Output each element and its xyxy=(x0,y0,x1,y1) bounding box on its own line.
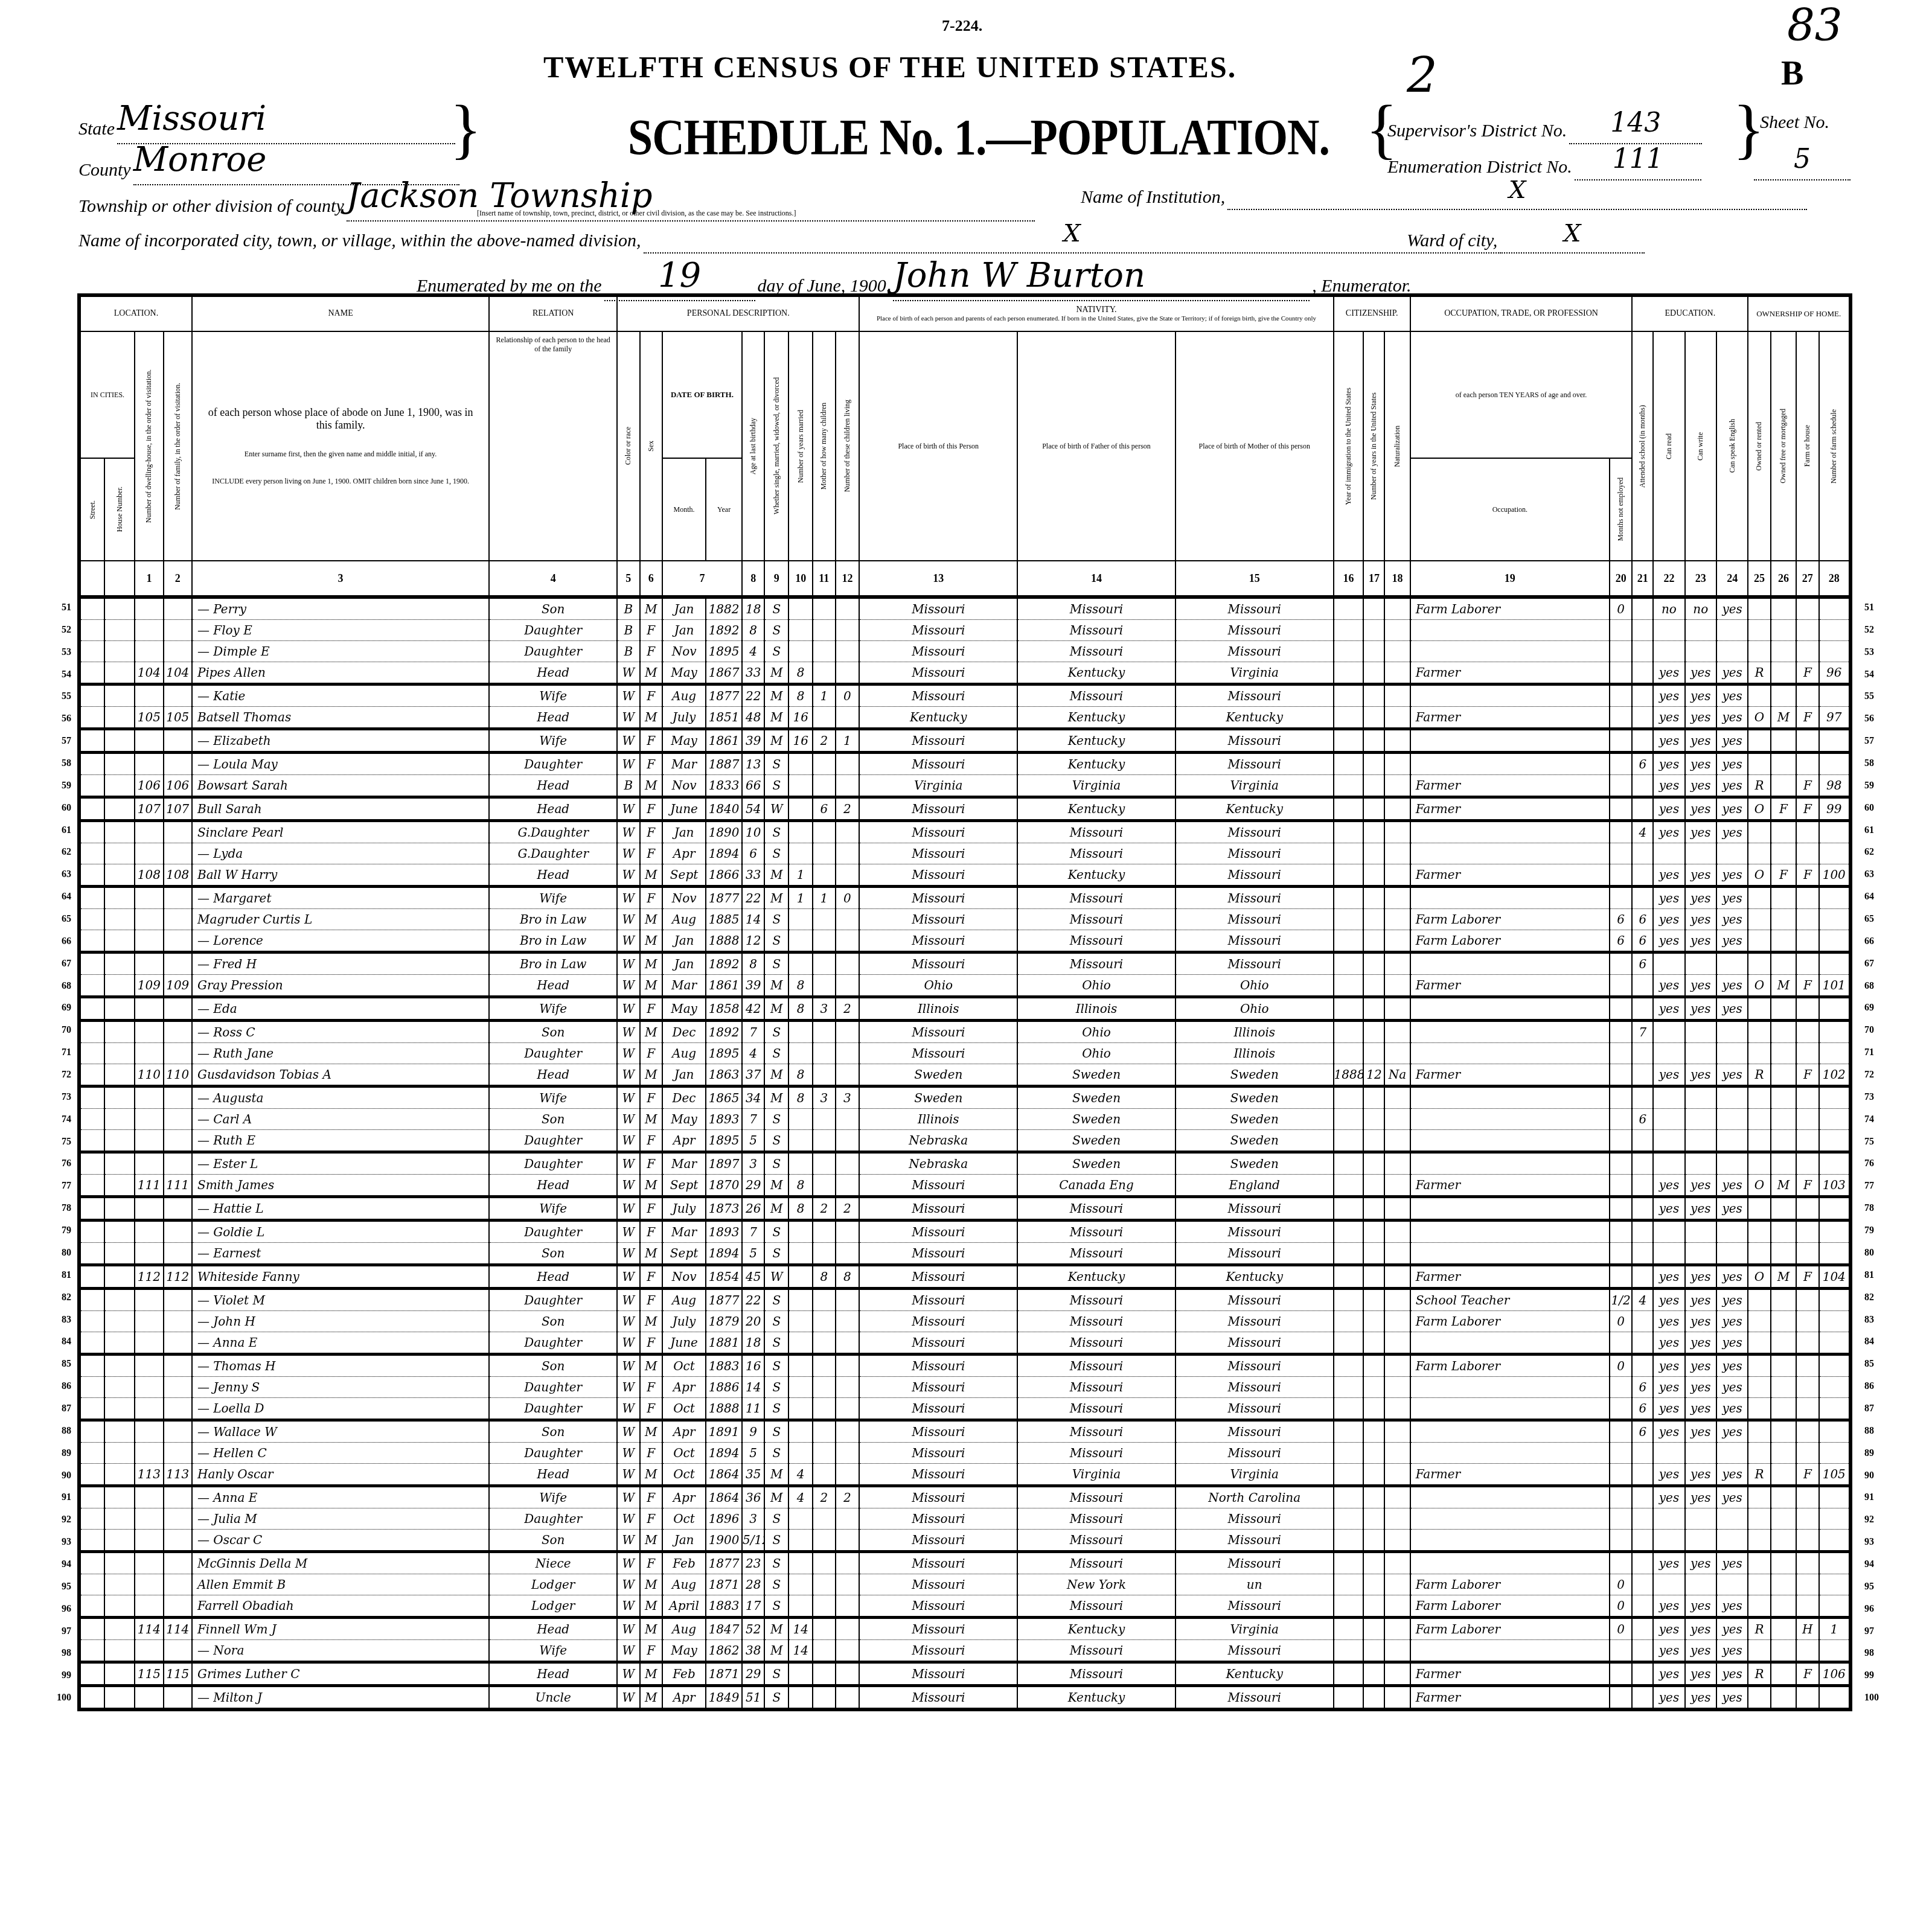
father-birthplace-cell: Illinois xyxy=(1017,997,1176,1021)
family-number-cell xyxy=(164,843,192,864)
line-number-left: 73 xyxy=(47,1087,71,1109)
birth-year-cell: 1895 xyxy=(706,1043,742,1064)
name-instr-2: INCLUDE every person living on June 1, 1… xyxy=(200,477,481,486)
birth-year-cell: 1851 xyxy=(706,707,742,729)
years-married-cell: 8 xyxy=(788,1087,813,1109)
occupation-cell: Farm Laborer xyxy=(1410,597,1610,620)
farm-house-cell xyxy=(1796,1595,1818,1618)
birth-month-cell: June xyxy=(662,797,706,821)
can-write-cell: yes xyxy=(1685,797,1716,821)
can-write-cell: yes xyxy=(1685,753,1716,775)
sex-cell: F xyxy=(640,843,662,864)
dwelling-number-cell: 113 xyxy=(135,1464,163,1486)
can-speak-english-cell xyxy=(1716,1130,1748,1152)
can-write-cell: yes xyxy=(1685,1552,1716,1574)
relation-cell: Bro in Law xyxy=(489,930,617,953)
house-number-cell xyxy=(104,1595,135,1618)
children-living-cell: 0 xyxy=(836,887,860,909)
owned-rented-cell: O xyxy=(1748,707,1770,729)
dwelling-number-cell: 115 xyxy=(135,1662,163,1686)
naturalization-cell xyxy=(1384,1574,1410,1595)
mother-birthplace-cell: Sweden xyxy=(1176,1130,1334,1152)
street-cell xyxy=(79,864,104,887)
mother-birthplace-cell: Missouri xyxy=(1176,843,1334,864)
dwelling-number-cell xyxy=(135,1087,163,1109)
years-in-us-cell xyxy=(1363,797,1384,821)
can-write-cell: yes xyxy=(1685,1377,1716,1398)
can-read-cell xyxy=(1653,641,1684,662)
farm-house-cell xyxy=(1796,1243,1818,1265)
line-number-left: 52 xyxy=(47,619,71,642)
column-number: 24 xyxy=(1716,561,1748,597)
dwelling-number-cell xyxy=(135,843,163,864)
dwelling-number-cell xyxy=(135,1355,163,1377)
dwelling-number-cell xyxy=(135,729,163,753)
immigration-year-cell xyxy=(1334,1508,1364,1530)
attended-school-cell xyxy=(1632,1311,1653,1332)
owned-rented-cell xyxy=(1748,1377,1770,1398)
occupation-cell xyxy=(1410,1109,1610,1130)
table-row: — Ross CSonWMDec18927SMissouriOhioIllino… xyxy=(79,1021,1850,1043)
occupation-cell: Farmer xyxy=(1410,1265,1610,1289)
line-number-right: 56 xyxy=(1864,708,1889,730)
can-speak-english-cell xyxy=(1716,843,1748,864)
years-in-us-cell xyxy=(1363,641,1384,662)
owned-rented-cell xyxy=(1748,843,1770,864)
street-cell xyxy=(79,1197,104,1221)
mother-of-label: Mother of how many children xyxy=(820,403,828,490)
ed-value: 111 xyxy=(1613,144,1663,174)
farm-house-cell xyxy=(1796,1087,1818,1109)
color-cell: W xyxy=(617,930,639,953)
institution-label: Name of Institution, xyxy=(1081,187,1225,207)
birth-year-cell: 1877 xyxy=(706,1552,742,1574)
mother-birthplace-cell: Missouri xyxy=(1176,1595,1334,1618)
naturalization-cell xyxy=(1384,909,1410,930)
owned-rented-cell xyxy=(1748,1355,1770,1377)
age-cell: 8 xyxy=(742,953,764,975)
immigration-year-cell xyxy=(1334,707,1364,729)
sex-cell: M xyxy=(640,1064,662,1087)
birthplace-cell: Missouri xyxy=(859,685,1017,707)
birth-year-cell: 1866 xyxy=(706,864,742,887)
relation-cell: Wife xyxy=(489,1640,617,1662)
family-number-cell xyxy=(164,1243,192,1265)
sex-cell: F xyxy=(640,1130,662,1152)
mother-of-cell xyxy=(813,843,835,864)
table-row: — Ruth EDaughterWFApr18955SNebraskaSwede… xyxy=(79,1130,1850,1152)
immigration-year-cell xyxy=(1334,1265,1364,1289)
color-cell: W xyxy=(617,1508,639,1530)
farm-schedule-cell xyxy=(1819,930,1850,953)
birth-year-cell: 1882 xyxy=(706,597,742,620)
census-title: TWELFTH CENSUS OF THE UNITED STATES. xyxy=(543,49,1236,85)
can-write-cell: yes xyxy=(1685,1464,1716,1486)
attended-school-cell xyxy=(1632,1243,1653,1265)
can-read-cell: yes xyxy=(1653,775,1684,797)
color-cell: B xyxy=(617,641,639,662)
relation-cell: Wife xyxy=(489,1087,617,1109)
color-label: Color or race xyxy=(624,427,632,465)
mother-birthplace-cell: England xyxy=(1176,1175,1334,1197)
mother-of-cell xyxy=(813,775,835,797)
years-married-cell xyxy=(788,797,813,821)
owned-rented-cell xyxy=(1748,1043,1770,1064)
sex-cell: F xyxy=(640,887,662,909)
family-number-cell: 115 xyxy=(164,1662,192,1686)
line-number-left: 90 xyxy=(47,1465,71,1487)
occupation-cell xyxy=(1410,753,1610,775)
naturalization-cell xyxy=(1384,1130,1410,1152)
naturalization-cell xyxy=(1384,887,1410,909)
years-in-us-cell xyxy=(1363,775,1384,797)
name-cell: — Katie xyxy=(192,685,489,707)
farm-schedule-cell xyxy=(1819,1197,1850,1221)
months-unemployed-cell xyxy=(1610,775,1632,797)
months-unemployed-cell xyxy=(1610,1197,1632,1221)
column-number: 14 xyxy=(1017,561,1176,597)
table-row: — PerrySonBMJan188218SMissouriMissouriMi… xyxy=(79,597,1850,620)
street-header: Street. xyxy=(79,458,104,561)
years-in-us-cell xyxy=(1363,1311,1384,1332)
relation-cell: Head xyxy=(489,1618,617,1640)
sex-cell: M xyxy=(640,707,662,729)
children-living-cell xyxy=(836,1243,860,1265)
color-cell: B xyxy=(617,620,639,641)
street-cell xyxy=(79,597,104,620)
attended-school-cell xyxy=(1632,1221,1653,1243)
dwelling-number-cell xyxy=(135,909,163,930)
years-in-us-cell xyxy=(1363,1355,1384,1377)
can-read-cell: yes xyxy=(1653,887,1684,909)
color-cell: W xyxy=(617,1464,639,1486)
farm-house-cell: F xyxy=(1796,1662,1818,1686)
can-speak-english-cell xyxy=(1716,1443,1748,1464)
months-unemployed-cell xyxy=(1610,1398,1632,1420)
can-speak-english-cell: yes xyxy=(1716,685,1748,707)
dwelling-number-cell: 107 xyxy=(135,797,163,821)
can-read-cell: yes xyxy=(1653,1552,1684,1574)
relation-cell: Head xyxy=(489,1662,617,1686)
free-mortgaged-cell xyxy=(1771,753,1796,775)
free-mortgaged-cell xyxy=(1771,685,1796,707)
attended-school-cell xyxy=(1632,1043,1653,1064)
owned-rented-cell xyxy=(1748,1686,1770,1710)
naturalization-cell xyxy=(1384,1508,1410,1530)
age-cell: 9 xyxy=(742,1420,764,1443)
birth-year-cell: 1863 xyxy=(706,1064,742,1087)
occupation-cell: Farmer xyxy=(1410,662,1610,685)
can-write-cell xyxy=(1685,843,1716,864)
table-row: Farrell ObadiahLodgerWMApril188317SMisso… xyxy=(79,1595,1850,1618)
line-number-right: 60 xyxy=(1864,797,1889,820)
attended-school-cell xyxy=(1632,1662,1653,1686)
birth-month-cell: April xyxy=(662,1595,706,1618)
can-write-cell: yes xyxy=(1685,1197,1716,1221)
immigration-year-cell xyxy=(1334,620,1364,641)
mother-of-cell xyxy=(813,953,835,975)
line-number-right: 86 xyxy=(1864,1376,1889,1398)
birth-month-cell: Aug xyxy=(662,909,706,930)
marital-status-cell: S xyxy=(764,1508,788,1530)
marital-status-cell: S xyxy=(764,1021,788,1043)
occupation-cell xyxy=(1410,1398,1610,1420)
table-row: — Loella DDaughterWFOct188811SMissouriMi… xyxy=(79,1398,1850,1420)
line-number-left: 98 xyxy=(47,1642,71,1665)
farm-house-cell: F xyxy=(1796,797,1818,821)
attended-school-cell xyxy=(1632,775,1653,797)
relation-cell: Head xyxy=(489,1064,617,1087)
months-unemployed-cell xyxy=(1610,753,1632,775)
relation-cell: Daughter xyxy=(489,1289,617,1311)
attended-school-cell xyxy=(1632,1464,1653,1486)
table-row: — Julia MDaughterWFOct18963SMissouriMiss… xyxy=(79,1508,1850,1530)
birthplace-cell: Missouri xyxy=(859,953,1017,975)
farm-schedule-cell xyxy=(1819,597,1850,620)
father-birthplace-cell: Kentucky xyxy=(1017,753,1176,775)
can-write-cell: yes xyxy=(1685,887,1716,909)
marital-status-cell: S xyxy=(764,1686,788,1710)
farm-house-cell xyxy=(1796,1486,1818,1508)
months-unemployed-cell: 6 xyxy=(1610,909,1632,930)
color-cell: W xyxy=(617,1640,639,1662)
farm-house-cell: F xyxy=(1796,707,1818,729)
line-number-right: 64 xyxy=(1864,886,1889,908)
relation-cell: Son xyxy=(489,1355,617,1377)
mother-of-cell: 2 xyxy=(813,1486,835,1508)
naturalization-cell xyxy=(1384,707,1410,729)
ward-value-line: X xyxy=(1500,225,1645,254)
family-number-cell: 104 xyxy=(164,662,192,685)
house-number-cell xyxy=(104,953,135,975)
father-birthplace-cell: New York xyxy=(1017,1574,1176,1595)
owned-rented-cell xyxy=(1748,1443,1770,1464)
street-cell xyxy=(79,821,104,843)
family-number-cell: 112 xyxy=(164,1265,192,1289)
column-number: 10 xyxy=(788,561,813,597)
months-unemployed-cell: 0 xyxy=(1610,1595,1632,1618)
birthplace-cell: Missouri xyxy=(859,1464,1017,1486)
name-cell: Pipes Allen xyxy=(192,662,489,685)
owned-rented-cell xyxy=(1748,1508,1770,1530)
can-write-cell xyxy=(1685,1574,1716,1595)
house-number-cell xyxy=(104,753,135,775)
farm-house-header: Farm or house xyxy=(1796,331,1818,561)
street-cell xyxy=(79,1552,104,1574)
can-speak-english-cell: yes xyxy=(1716,1486,1748,1508)
line-number-right: 73 xyxy=(1864,1087,1889,1109)
naturalization-cell xyxy=(1384,1311,1410,1332)
free-mortgaged-cell xyxy=(1771,1109,1796,1130)
mother-birthplace-cell: Missouri xyxy=(1176,753,1334,775)
years-married-cell xyxy=(788,843,813,864)
can-read-cell: yes xyxy=(1653,662,1684,685)
can-speak-english-cell: yes xyxy=(1716,1197,1748,1221)
farm-house-cell xyxy=(1796,1197,1818,1221)
name-cell: — Carl A xyxy=(192,1109,489,1130)
years-in-us-cell xyxy=(1363,685,1384,707)
can-speak-english-cell xyxy=(1716,1087,1748,1109)
immigration-year-cell xyxy=(1334,1486,1364,1508)
birth-year-cell: 1883 xyxy=(706,1595,742,1618)
can-read-header: Can read xyxy=(1653,331,1684,561)
column-number: 23 xyxy=(1685,561,1716,597)
occupation-cell: School Teacher xyxy=(1410,1289,1610,1311)
birthplace-cell: Missouri xyxy=(859,1640,1017,1662)
occupation-cell xyxy=(1410,1508,1610,1530)
years-married-cell xyxy=(788,1332,813,1355)
years-married-cell xyxy=(788,1686,813,1710)
attended-school-cell xyxy=(1632,843,1653,864)
city-value: X xyxy=(1063,220,1080,247)
line-number-right: 59 xyxy=(1864,775,1889,797)
years-in-us-label: Number of years in the United States xyxy=(1370,392,1378,500)
age-cell: 33 xyxy=(742,864,764,887)
birth-year-cell: 1877 xyxy=(706,1289,742,1311)
birth-month-cell: Jan xyxy=(662,1064,706,1087)
mother-of-cell xyxy=(813,1574,835,1595)
father-birthplace-cell: Kentucky xyxy=(1017,1265,1176,1289)
mother-of-cell xyxy=(813,1618,835,1640)
immigration-year-cell xyxy=(1334,1130,1364,1152)
months-unemployed-cell xyxy=(1610,1109,1632,1130)
marital-status-cell: S xyxy=(764,843,788,864)
can-write-cell: yes xyxy=(1685,930,1716,953)
house-number-cell xyxy=(104,1377,135,1398)
sex-cell: F xyxy=(640,1265,662,1289)
column-number: 8 xyxy=(742,561,764,597)
form-code: 7-224. xyxy=(942,17,982,35)
children-living-cell xyxy=(836,1130,860,1152)
years-in-us-cell xyxy=(1363,1377,1384,1398)
months-unemployed-cell xyxy=(1610,975,1632,997)
table-row: — Jenny SDaughterWFApr188614SMissouriMis… xyxy=(79,1377,1850,1398)
line-number-right: 82 xyxy=(1864,1287,1889,1309)
name-cell: — Jenny S xyxy=(192,1377,489,1398)
naturalization-cell xyxy=(1384,1221,1410,1243)
children-living-cell xyxy=(836,843,860,864)
family-number-cell xyxy=(164,597,192,620)
color-cell: W xyxy=(617,887,639,909)
years-in-us-cell xyxy=(1363,953,1384,975)
can-speak-english-cell xyxy=(1716,1152,1748,1175)
can-read-cell: yes xyxy=(1653,1662,1684,1686)
owned-rented-cell xyxy=(1748,1221,1770,1243)
birth-month-cell: Aug xyxy=(662,1043,706,1064)
sex-cell: F xyxy=(640,1443,662,1464)
table-row: — Carl ASonWMMay18937SIllinoisSwedenSwed… xyxy=(79,1109,1850,1130)
birthplace-cell: Nebraska xyxy=(859,1130,1017,1152)
marital-status-cell: M xyxy=(764,997,788,1021)
can-speak-english-cell: yes xyxy=(1716,797,1748,821)
mother-of-cell xyxy=(813,1355,835,1377)
dwelling-number-cell xyxy=(135,1152,163,1175)
family-number-cell: 113 xyxy=(164,1464,192,1486)
table-row: — Oscar CSonWMJan19005/12SMissouriMissou… xyxy=(79,1530,1850,1552)
father-birthplace-cell: Missouri xyxy=(1017,1311,1176,1332)
marital-status-cell: S xyxy=(764,753,788,775)
family-number-cell: 107 xyxy=(164,797,192,821)
name-cell: — Margaret xyxy=(192,887,489,909)
birth-year-cell: 1894 xyxy=(706,1243,742,1265)
mother-of-cell xyxy=(813,1686,835,1710)
months-unemployed-cell: 0 xyxy=(1610,597,1632,620)
farm-schedule-cell: 100 xyxy=(1819,864,1850,887)
color-cell: W xyxy=(617,909,639,930)
line-number-left: 82 xyxy=(47,1287,71,1309)
street-cell xyxy=(79,1508,104,1530)
color-cell: W xyxy=(617,685,639,707)
years-in-us-cell xyxy=(1363,1443,1384,1464)
marital-status-cell: S xyxy=(764,909,788,930)
age-cell: 4 xyxy=(742,1043,764,1064)
children-living-label: Number of these children living xyxy=(843,400,851,492)
years-married-cell xyxy=(788,909,813,930)
naturalization-cell xyxy=(1384,620,1410,641)
farm-house-cell xyxy=(1796,597,1818,620)
months-unemployed-cell: 0 xyxy=(1610,1355,1632,1377)
occupation-cell: Farm Laborer xyxy=(1410,1618,1610,1640)
owned-rented-cell: R xyxy=(1748,775,1770,797)
mother-birthplace-cell: Missouri xyxy=(1176,1686,1334,1710)
months-unemployed-cell xyxy=(1610,1043,1632,1064)
birth-year-cell: 1887 xyxy=(706,753,742,775)
dwelling-number-cell xyxy=(135,1311,163,1332)
mother-of-cell xyxy=(813,821,835,843)
line-number-left: 69 xyxy=(47,997,71,1020)
enumerated-day: 19 xyxy=(658,256,701,295)
line-number-right: 67 xyxy=(1864,953,1889,975)
attended-school-cell xyxy=(1632,1130,1653,1152)
relation-desc-header: Relationship of each person to the head … xyxy=(489,331,617,561)
naturalization-cell xyxy=(1384,729,1410,753)
sex-cell: M xyxy=(640,1243,662,1265)
mother-birthplace-cell: Missouri xyxy=(1176,930,1334,953)
months-unemployed-cell xyxy=(1610,1243,1632,1265)
family-number-cell xyxy=(164,1289,192,1311)
family-number-cell: 109 xyxy=(164,975,192,997)
house-number-cell xyxy=(104,1355,135,1377)
naturalization-cell xyxy=(1384,1464,1410,1486)
dwelling-number-cell xyxy=(135,1530,163,1552)
dwelling-number-cell: 114 xyxy=(135,1618,163,1640)
birth-month-cell: July xyxy=(662,707,706,729)
farm-schedule-cell xyxy=(1819,1530,1850,1552)
color-cell: W xyxy=(617,1398,639,1420)
house-number-cell xyxy=(104,1443,135,1464)
immigration-year-cell xyxy=(1334,597,1364,620)
naturalization-cell xyxy=(1384,843,1410,864)
birth-month-cell: Oct xyxy=(662,1443,706,1464)
years-married-cell xyxy=(788,1311,813,1332)
can-read-cell: yes xyxy=(1653,797,1684,821)
occupation-cell: Farmer xyxy=(1410,1662,1610,1686)
birth-year-cell: 1893 xyxy=(706,1109,742,1130)
months-unemployed-cell xyxy=(1610,662,1632,685)
birthplace-cell: Missouri xyxy=(859,1486,1017,1508)
children-living-cell xyxy=(836,1640,860,1662)
months-unemployed-cell xyxy=(1610,953,1632,975)
months-unemployed-cell xyxy=(1610,1443,1632,1464)
attended-school-label: Attended school (in months) xyxy=(1639,405,1646,488)
line-number-right: 54 xyxy=(1864,664,1889,686)
owned-rented-cell: R xyxy=(1748,1064,1770,1087)
years-married-label: Number of years married xyxy=(797,410,805,483)
supervisor-value-line: 143 xyxy=(1569,112,1702,144)
can-read-cell xyxy=(1653,1530,1684,1552)
birth-month-cell: Apr xyxy=(662,1486,706,1508)
street-cell xyxy=(79,1486,104,1508)
